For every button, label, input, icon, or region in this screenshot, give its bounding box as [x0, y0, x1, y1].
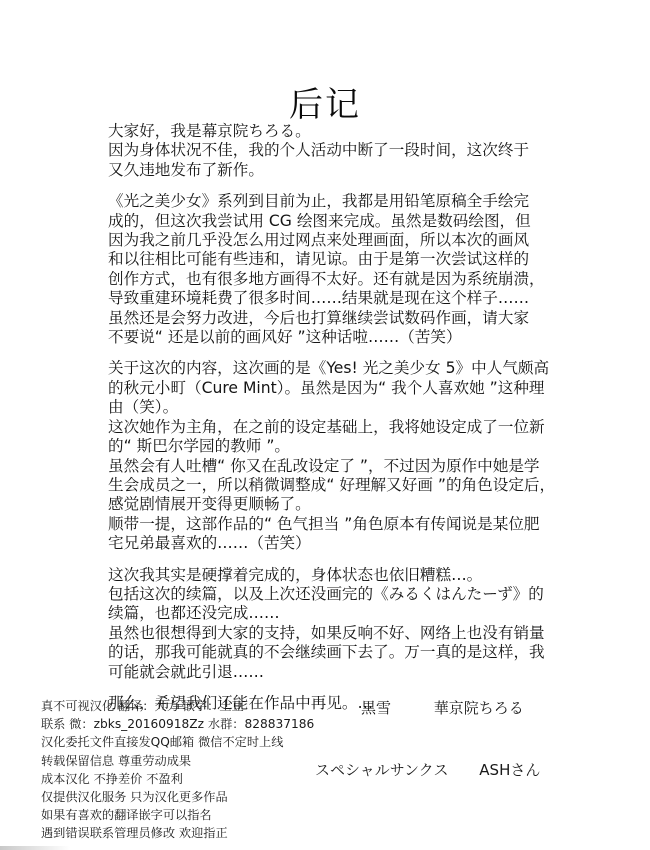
text-line: 不要说“ 还是以前的画风好 ”这种话啦……（苦笑） — [108, 328, 568, 347]
text-line: 又久违地发布了新作。 — [108, 161, 568, 180]
text-line: 《光之美少女》系列到目前为止，我都是用铅笔原稿全手绘完 — [108, 192, 568, 211]
text-line: 的“ 斯巴尔学园的教师 ”。 — [108, 437, 568, 456]
special-thanks-label: スペシャルサンクス — [315, 761, 449, 779]
text-line: 关于这次的内容，这次画的是《Yes! 光之美少女 5》中人气颇高 — [108, 359, 568, 378]
text-line: 的话，那我可能就真的不会继续画下去了。万一真的是这样，我 — [108, 643, 568, 662]
text-line: 因为身体状况不佳，我的个人活动中断了一段时间，这次终于 — [108, 141, 568, 160]
paragraph-status: 这次我其实是硬撑着完成的，身体状态也依旧糟糕…。 包括这次的续篇，以及上次还没画… — [108, 566, 568, 682]
text-line: 导致重建环境耗费了很多时间……结果就是现在这个样子…… — [108, 289, 568, 308]
text-line: 这次我其实是硬撑着完成的，身体状态也依旧糟糕…。 — [108, 566, 568, 585]
afterword-body: 大家好，我是幕京院ちろる。 因为身体状况不佳，我的个人活动中断了一段时间，这次终… — [108, 122, 568, 713]
credit-line: 真不可视汉化 翻译：大力 嵌字：土豆 — [41, 697, 314, 715]
text-line: 包括这次的续篇，以及上次还没画完的《みるくはんたーず》的 — [108, 585, 568, 604]
author-name: 華京院ちろる — [434, 699, 524, 717]
translation-credits: 真不可视汉化 翻译：大力 嵌字：土豆 联系 微：zbks_20160918Zz … — [41, 697, 314, 843]
credit-line: 联系 微：zbks_20160918Zz 水群：828837186 — [41, 715, 314, 733]
scan-edge-shadow — [0, 846, 70, 850]
text-line: 由（笑）。 — [108, 398, 568, 417]
text-line: 续篇，也都还没完成…… — [108, 604, 568, 623]
credit-line: 遇到错误联系管理员修改 欢迎指正 — [41, 824, 314, 842]
text-line: 顺带一提，这部作品的“ 色气担当 ”角色原本有传闻说是某位肥 — [108, 515, 568, 534]
text-line: 虽然还是会努力改进，今后也打算继续尝试数码作画，请大家 — [108, 309, 568, 328]
credit-line: 仅提供汉化服务 只为汉化更多作品 — [41, 788, 314, 806]
text-line: 大家好，我是幕京院ちろる。 — [108, 122, 568, 141]
text-line: 创作方式，也有很多地方画得不太好。还有就是因为系统崩溃， — [108, 270, 568, 289]
text-line: 宅兄弟最喜欢的……（苦笑） — [108, 534, 568, 553]
special-thanks: スペシャルサンクス ASHさん — [315, 759, 540, 780]
text-line: 因为我之前几乎没怎么用过网点来处理画面，所以本次的画风 — [108, 231, 568, 250]
text-line: 和以往相比可能有些违和，请见谅。由于是第一次尝试这样的 — [108, 250, 568, 269]
text-line: 虽然也很想得到大家的支持，如果反响不好、网络上也没有销量 — [108, 624, 568, 643]
text-line: 虽然会有人吐槽“ 你又在乱改设定了 ”，不过因为原作中她是学 — [108, 457, 568, 476]
special-thanks-name: ASHさん — [479, 761, 540, 779]
circle-name: 黒雪 — [361, 699, 391, 717]
author-signature: 黒雪 華京院ちろる — [361, 697, 524, 718]
credit-line: 转载保留信息 尊重劳动成果 — [41, 752, 314, 770]
text-line: 生会成员之一，所以稍微调整成“ 好理解又好画 ”的角色设定后， — [108, 476, 568, 495]
text-line: 感觉剧情展开变得更顺畅了。 — [108, 495, 568, 514]
credit-line: 如果有喜欢的翻译嵌字可以指名 — [41, 806, 314, 824]
credit-line: 汉化委托文件直接发QQ邮箱 微信不定时上线 — [41, 733, 314, 751]
credit-line: 成本汉化 不挣差价 不盈利 — [41, 770, 314, 788]
text-line: 可能就会就此引退…… — [108, 663, 568, 682]
page-title: 后记 — [0, 85, 650, 125]
paragraph-content: 关于这次的内容，这次画的是《Yes! 光之美少女 5》中人气颇高 的秋元小町（C… — [108, 359, 568, 553]
text-line: 这次她作为主角，在之前的设定基础上，我将她设定成了一位新 — [108, 418, 568, 437]
text-line: 成的，但这次我尝试用 CG 绘图来完成。虽然是数码绘图，但 — [108, 212, 568, 231]
paragraph-digital-art: 《光之美少女》系列到目前为止，我都是用铅笔原稿全手绘完 成的，但这次我尝试用 C… — [108, 192, 568, 347]
paragraph-greeting: 大家好，我是幕京院ちろる。 因为身体状况不佳，我的个人活动中断了一段时间，这次终… — [108, 122, 568, 180]
text-line: 的秋元小町（Cure Mint）。虽然是因为“ 我个人喜欢她 ”这种理 — [108, 379, 568, 398]
